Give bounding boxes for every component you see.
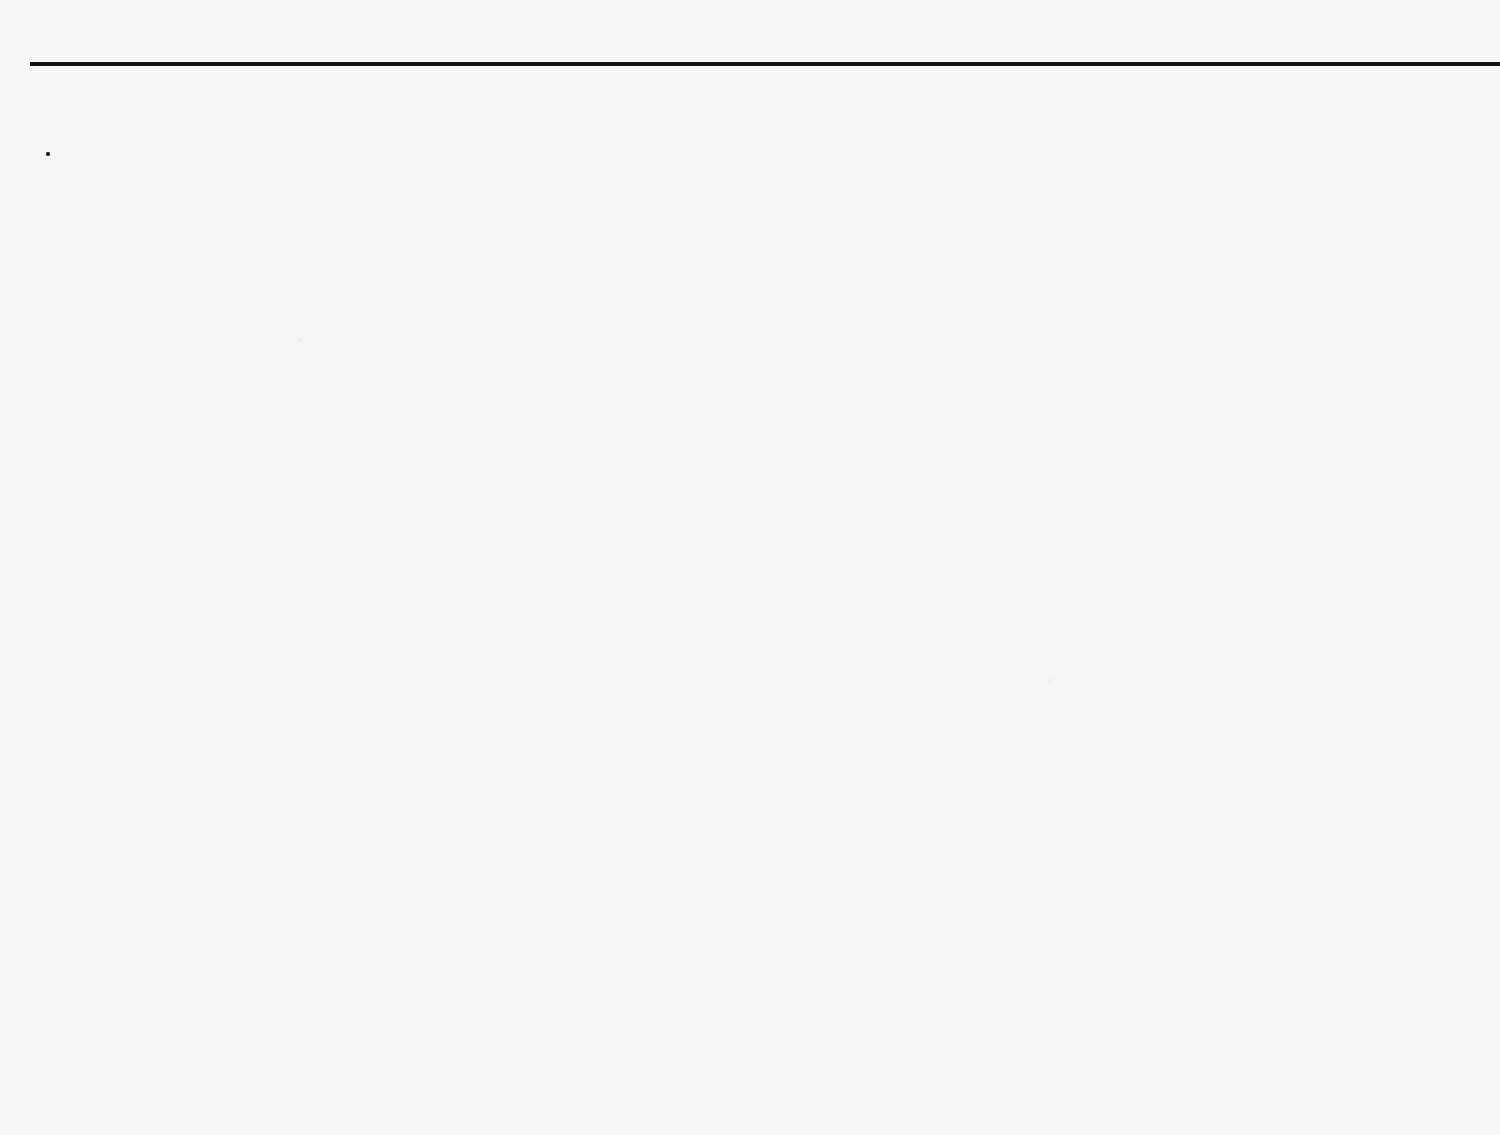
schedule-grid: [0, 0, 1500, 1135]
census-page: [0, 0, 1500, 1135]
ink-dot: [46, 152, 50, 156]
names-column-header: [70, 100, 255, 106]
